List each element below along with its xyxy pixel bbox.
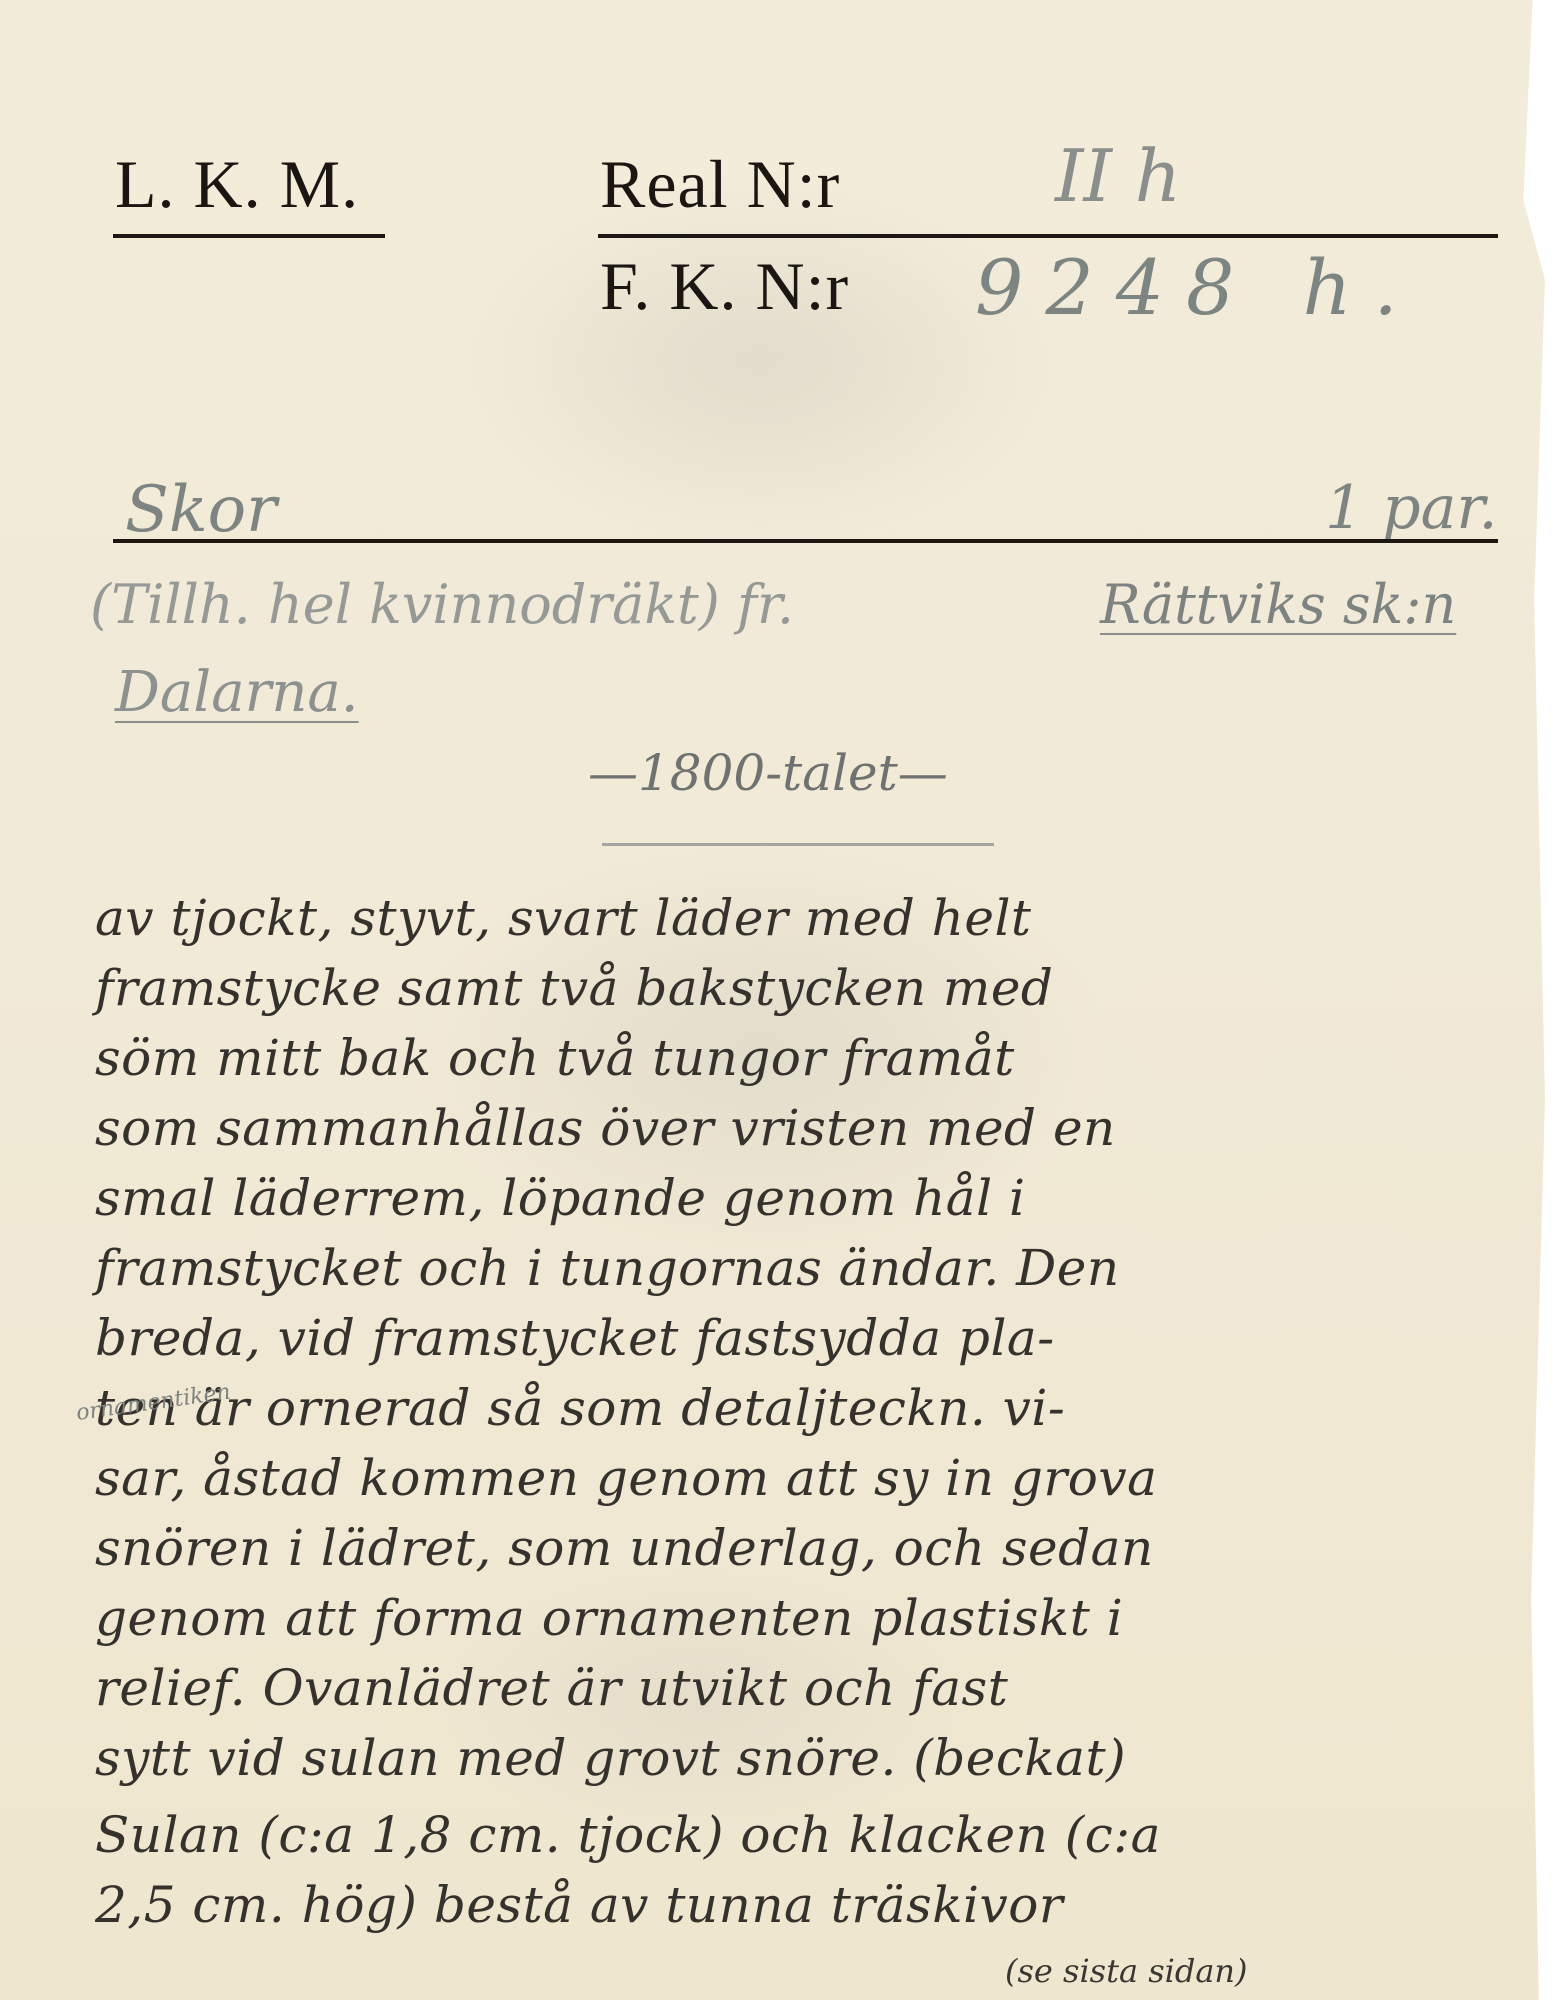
- real-number-rule: [598, 234, 1498, 238]
- object-quantity: 1 par.: [1325, 478, 1498, 538]
- object-title: Skor: [125, 478, 277, 542]
- fk-number-label: F. K. N:r: [600, 252, 849, 320]
- dating: —1800-talet—: [588, 748, 948, 798]
- provenance-region: Dalarna.: [115, 665, 359, 721]
- footnote: (se sista sidan): [1005, 1955, 1248, 1987]
- description-line: framstycke samt två bakstycken med: [95, 963, 1053, 1013]
- provenance-text: (Tillh. hel kvinnodräkt) fr.: [90, 578, 794, 632]
- description-line: relief. Ovanlädret är utvikt och fast: [95, 1663, 1008, 1713]
- title-rule: [113, 539, 1498, 543]
- real-number-label: Real N:r: [600, 150, 840, 218]
- description-line: som sammanhållas över vristen med en: [95, 1103, 1116, 1153]
- description-line: sytt vid sulan med grovt snöre. (beckat): [95, 1733, 1126, 1783]
- description-line: av tjockt, styvt, svart läder med helt: [95, 893, 1032, 943]
- description-line: genom att forma ornamenten plastiskt i: [95, 1593, 1123, 1643]
- description-line: snören i lädret, som underlag, och sedan: [95, 1523, 1154, 1573]
- description-line: framstycket och i tungornas ändar. Den: [95, 1243, 1120, 1293]
- description-line: smal läderrem, löpande genom hål i: [95, 1173, 1025, 1223]
- institution-label: L. K. M.: [115, 150, 359, 218]
- description-line: breda, vid framstycket fastsydda pla-: [95, 1313, 1055, 1363]
- description-line: ten är ornerad så som detaljteckn. vi-: [95, 1383, 1065, 1433]
- description-line: sar, åstad kommen genom att sy in grova: [95, 1453, 1157, 1503]
- institution-underline: [113, 234, 385, 238]
- dating-rule: [602, 843, 994, 846]
- real-number-value: II h: [1055, 140, 1181, 212]
- description-line: 2,5 cm. hög) bestå av tunna träskivor: [95, 1880, 1063, 1930]
- provenance-parish: Rättviks sk:n: [1100, 578, 1456, 632]
- fk-number-value: 9248 h.: [975, 250, 1420, 326]
- description-line: söm mitt bak och två tungor framåt: [95, 1033, 1015, 1083]
- description-line: Sulan (c:a 1,8 cm. tjock) och klacken (c…: [95, 1810, 1161, 1860]
